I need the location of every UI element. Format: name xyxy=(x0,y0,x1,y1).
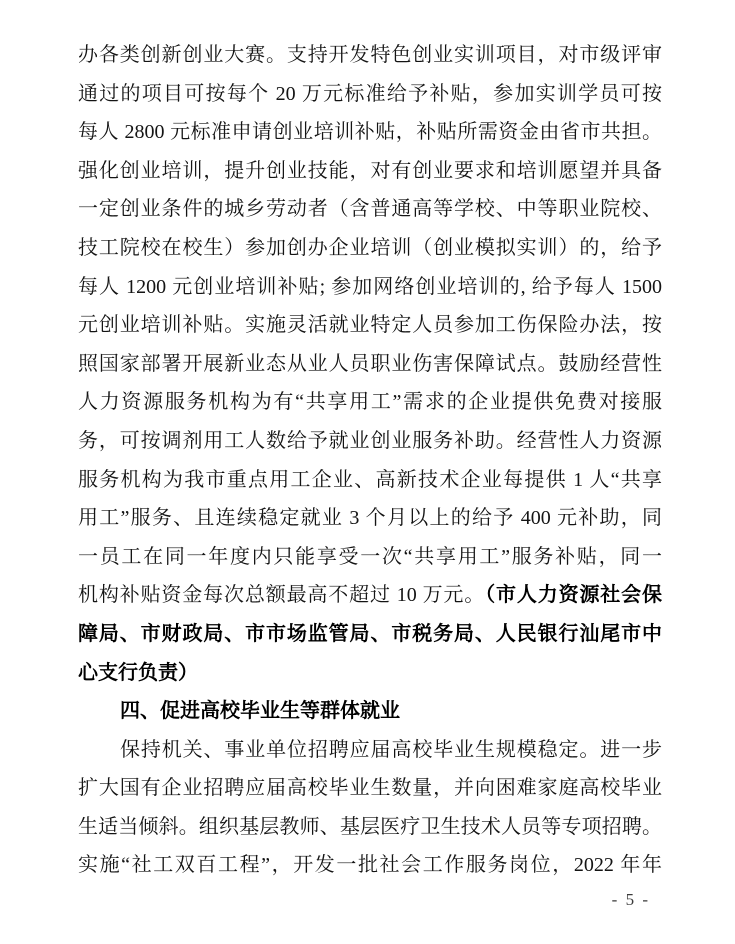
text-segment: 照国家部署开展新业态从业人员职业伤害保障试点。鼓励经营性 xyxy=(78,353,662,375)
text-segment: 用工”服务、且连续稳定就业 3 个月以上的给予 400 元补助，同 xyxy=(78,507,662,529)
text-line: 照国家部署开展新业态从业人员职业伤害保障试点。鼓励经营性 xyxy=(78,345,662,384)
document-page: 办各类创新创业大赛。支持开发特色创业实训项目，对市级评审通过的项目可按每个 20… xyxy=(0,0,735,944)
text-line: 生适当倾斜。组织基层教师、基层医疗卫生技术人员等专项招聘。 xyxy=(78,808,662,847)
text-segment: 务，可按调剂用工人数给予就业创业服务补助。经营性人力资源 xyxy=(78,430,662,452)
bold-text-segment: 障局、市财政局、市市场监管局、市税务局、人民银行汕尾市中 xyxy=(78,623,662,645)
text-line: 扩大国有企业招聘应届高校毕业生数量，并向困难家庭高校毕业 xyxy=(78,769,662,808)
bold-text-segment: 心支行负责） xyxy=(78,662,198,684)
text-line: 保持机关、事业单位招聘应届高校毕业生规模稳定。进一步 xyxy=(78,731,662,770)
text-line: 一员工在同一年度内只能享受一次“共享用工”服务补贴，同一 xyxy=(78,538,662,577)
text-line: 办各类创新创业大赛。支持开发特色创业实训项目，对市级评审 xyxy=(78,36,662,75)
document-body: 办各类创新创业大赛。支持开发特色创业实训项目，对市级评审通过的项目可按每个 20… xyxy=(78,36,662,885)
text-segment: 人力资源服务机构为有“共享用工”需求的企业提供免费对接服 xyxy=(78,391,662,413)
text-segment: 办各类创新创业大赛。支持开发特色创业实训项目，对市级评审 xyxy=(78,44,662,66)
bold-text-segment: 四、促进高校毕业生等群体就业 xyxy=(120,700,400,722)
page-number: - 5 - xyxy=(78,888,662,912)
text-line: 元创业培训补贴。实施灵活就业特定人员参加工伤保险办法，按 xyxy=(78,306,662,345)
section-heading: 四、促进高校毕业生等群体就业 xyxy=(78,692,662,731)
text-line: 服务机构为我市重点用工企业、高新技术企业每提供 1 人“共享 xyxy=(78,461,662,500)
text-segment: 生适当倾斜。组织基层教师、基层医疗卫生技术人员等专项招聘。 xyxy=(78,816,662,838)
text-line: 一定创业条件的城乡劳动者（含普通高等学校、中等职业院校、 xyxy=(78,190,662,229)
text-segment: 实施“社工双百工程”，开发一批社会工作服务岗位，2022 年年 xyxy=(78,854,662,876)
text-segment: 保持机关、事业单位招聘应届高校毕业生规模稳定。进一步 xyxy=(120,739,662,761)
text-line: 心支行负责） xyxy=(78,654,662,693)
text-segment: 扩大国有企业招聘应届高校毕业生数量，并向困难家庭高校毕业 xyxy=(78,777,662,799)
text-segment: 每人 2800 元标准申请创业培训补贴，补贴所需资金由省市共担。 xyxy=(78,121,662,143)
text-line: 用工”服务、且连续稳定就业 3 个月以上的给予 400 元补助，同 xyxy=(78,499,662,538)
text-segment: 强化创业培训，提升创业技能，对有创业要求和培训愿望并具备 xyxy=(78,160,662,182)
bold-text-segment: （市人力资源社会保 xyxy=(485,584,662,606)
text-line: 机构补贴资金每次总额最高不超过 10 万元。（市人力资源社会保 xyxy=(78,576,662,615)
text-segment: 服务机构为我市重点用工企业、高新技术企业每提供 1 人“共享 xyxy=(78,469,662,491)
text-line: 强化创业培训，提升创业技能，对有创业要求和培训愿望并具备 xyxy=(78,152,662,191)
text-segment: 一员工在同一年度内只能享受一次“共享用工”服务补贴，同一 xyxy=(78,546,662,568)
text-segment: 每人 1200 元创业培训补贴; 参加网络创业培训的, 给予每人 1500 xyxy=(78,276,662,298)
text-line: 障局、市财政局、市市场监管局、市税务局、人民银行汕尾市中 xyxy=(78,615,662,654)
text-line: 技工院校在校生）参加创办企业培训（创业模拟实训）的，给予 xyxy=(78,229,662,268)
text-line: 每人 1200 元创业培训补贴; 参加网络创业培训的, 给予每人 1500 xyxy=(78,268,662,307)
text-segment: 机构补贴资金每次总额最高不超过 10 万元。 xyxy=(78,584,485,606)
text-segment: 元创业培训补贴。实施灵活就业特定人员参加工伤保险办法，按 xyxy=(78,314,662,336)
text-segment: 技工院校在校生）参加创办企业培训（创业模拟实训）的，给予 xyxy=(78,237,662,259)
text-line: 每人 2800 元标准申请创业培训补贴，补贴所需资金由省市共担。 xyxy=(78,113,662,152)
text-line: 实施“社工双百工程”，开发一批社会工作服务岗位，2022 年年 xyxy=(78,846,662,885)
text-line: 通过的项目可按每个 20 万元标准给予补贴，参加实训学员可按 xyxy=(78,75,662,114)
text-line: 人力资源服务机构为有“共享用工”需求的企业提供免费对接服 xyxy=(78,383,662,422)
text-segment: 一定创业条件的城乡劳动者（含普通高等学校、中等职业院校、 xyxy=(78,198,662,220)
text-segment: 通过的项目可按每个 20 万元标准给予补贴，参加实训学员可按 xyxy=(78,83,662,105)
text-line: 务，可按调剂用工人数给予就业创业服务补助。经营性人力资源 xyxy=(78,422,662,461)
